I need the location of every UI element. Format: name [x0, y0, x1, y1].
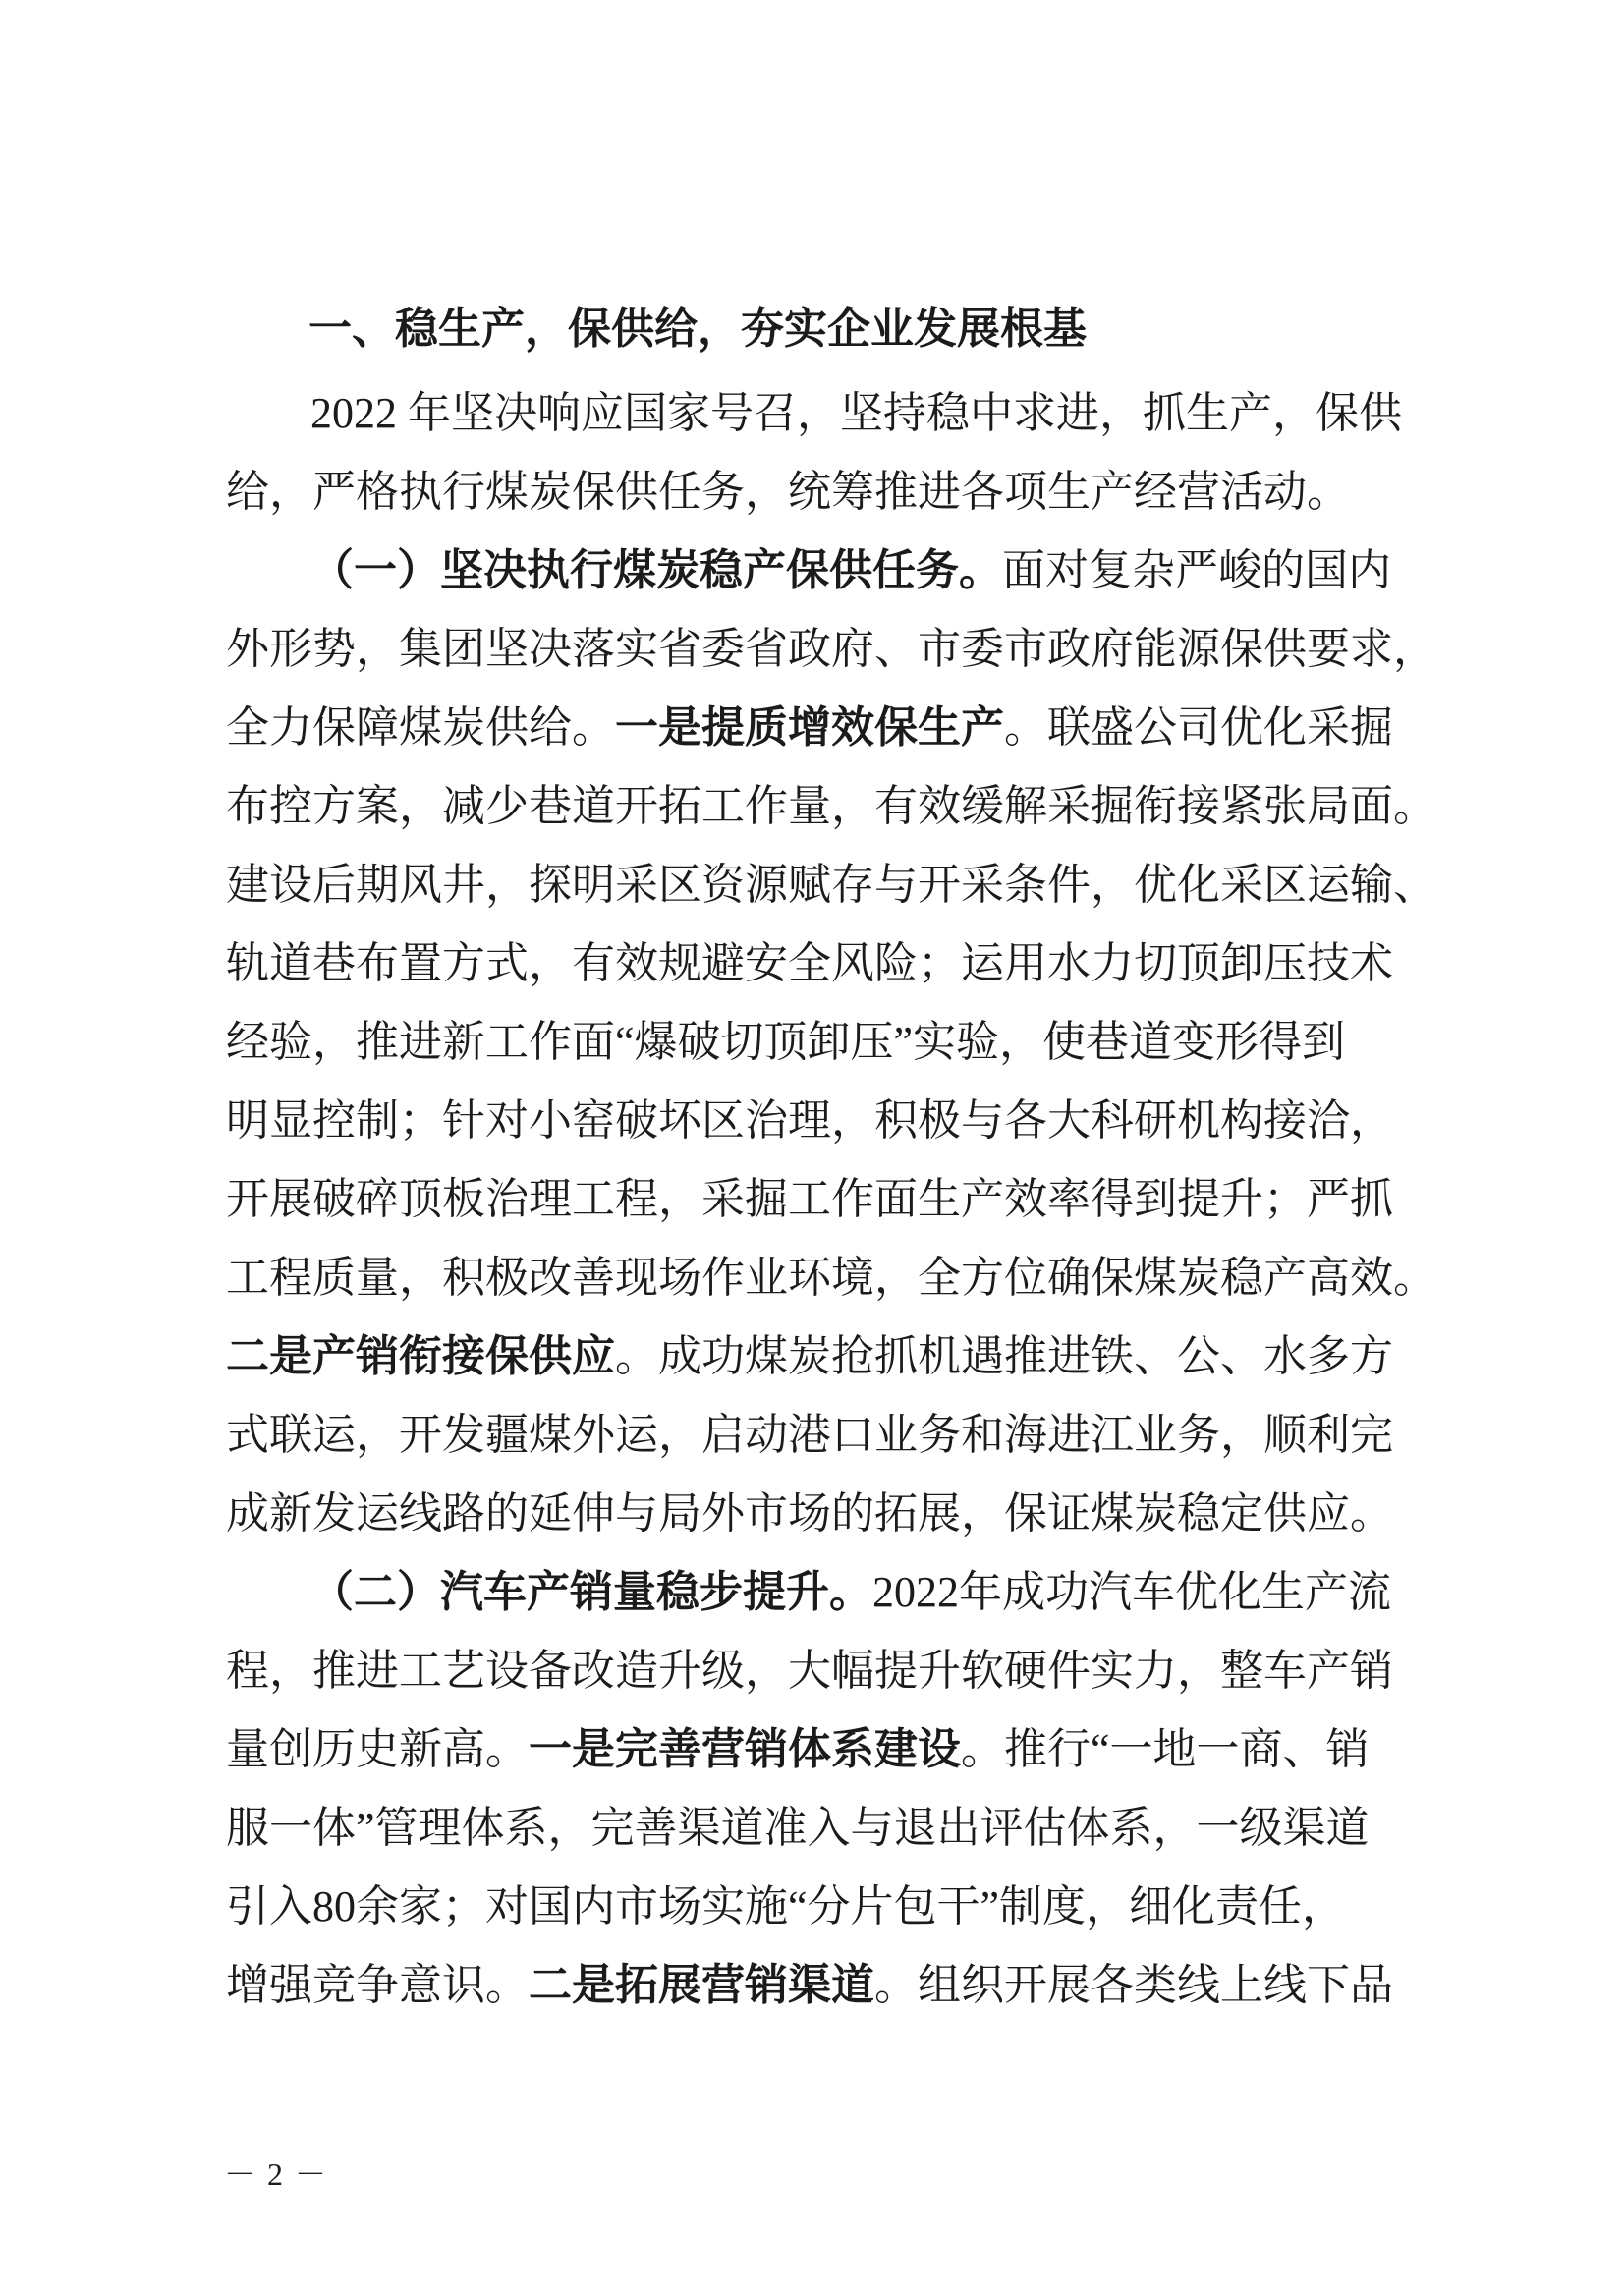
text-line: 全力保障煤炭供给。一是提质增效保生产。联盛公司优化采掘 — [226, 689, 1420, 767]
text-line: 轨道巷布置方式，有效规避安全风险；运用水力切顶卸压技术 — [226, 924, 1420, 1003]
emphasis-segment: 二是产销衔接保供应 — [226, 1332, 615, 1380]
text-segment: 开展破碎顶板治理工程，采掘工作面生产效率得到提升；严抓 — [226, 1175, 1393, 1223]
text-segment: 面对复杂严峻的国内 — [1002, 546, 1391, 594]
text-segment: 式联运，开发疆煤外运，启动港口业务和海进江业务，顺利完 — [226, 1411, 1393, 1459]
text-segment: 轨道巷布置方式，有效规避安全风险；运用水力切顶卸压技术 — [226, 939, 1393, 987]
text-segment: 建设后期风井，探明采区资源赋存与开采条件，优化采区运输、 — [226, 861, 1436, 909]
text-line: 工程质量，积极改善现场作业环境，全方位确保煤炭稳产高效。 — [226, 1239, 1420, 1317]
text-segment: 增强竞争意识。 — [226, 1961, 529, 2009]
text-segment: 程，推进工艺设备改造升级，大幅提升软硬件实力，整车产销 — [226, 1647, 1393, 1695]
emphasis-segment: 二是拓展营销渠道 — [529, 1961, 874, 2009]
text-line: 成新发运线路的延伸与局外市场的拓展，保证煤炭稳定供应。 — [226, 1475, 1420, 1553]
text-line: 式联运，开发疆煤外运，启动港口业务和海进江业务，顺利完 — [226, 1396, 1420, 1475]
emphasis-segment: 一是提质增效保生产 — [615, 703, 1004, 752]
text-segment: 2022年成功汽车优化生产流 — [872, 1568, 1391, 1616]
page-number: － 2 － — [224, 2155, 328, 2194]
subheading-segment: （二）汽车产销量稳步提升。 — [310, 1568, 872, 1616]
text-line: 明显控制；针对小窑破坏区治理，积极与各大科研机构接洽， — [226, 1082, 1420, 1160]
text-segment: 。成功煤炭抢抓机遇推进铁、公、水多方 — [615, 1332, 1393, 1380]
text-segment: 。联盛公司优化采掘 — [1004, 703, 1393, 752]
text-line: 开展破碎顶板治理工程，采掘工作面生产效率得到提升；严抓 — [226, 1160, 1420, 1239]
document-body: 2022 年坚决响应国家号召，坚持稳中求进，抓生产，保供 给，严格执行煤炭保供任… — [226, 374, 1420, 2025]
text-line: 经验，推进新工作面“爆破切顶卸压”实验，使巷道变形得到 — [226, 1003, 1420, 1082]
text-segment: 。组织开展各类线上线下品 — [874, 1961, 1393, 2009]
text-line: 2022 年坚决响应国家号召，坚持稳中求进，抓生产，保供 — [226, 374, 1420, 453]
text-line: 建设后期风井，探明采区资源赋存与开采条件，优化采区运输、 — [226, 846, 1420, 924]
text-segment: 给，严格执行煤炭保供任务，统筹推进各项生产经营活动。 — [226, 468, 1350, 516]
emphasis-segment: 一是完善营销体系建设 — [529, 1725, 961, 1773]
section-heading: 一、稳生产，保供给，夯实企业发展根基 — [226, 299, 1420, 360]
subheading-segment: （一）坚决执行煤炭稳产保供任务。 — [310, 546, 1002, 594]
document-page: 一、稳生产，保供给，夯实企业发展根基 2022 年坚决响应国家号召，坚持稳中求进… — [0, 0, 1624, 2296]
text-segment: 成新发运线路的延伸与局外市场的拓展，保证煤炭稳定供应。 — [226, 1489, 1393, 1538]
text-line: 引入80余家；对国内市场实施“分片包干”制度，细化责任， — [226, 1868, 1420, 1946]
text-line: 二是产销衔接保供应。成功煤炭抢抓机遇推进铁、公、水多方 — [226, 1317, 1420, 1396]
text-segment: 引入80余家；对国内市场实施“分片包干”制度，细化责任， — [226, 1882, 1345, 1931]
text-line: 增强竞争意识。二是拓展营销渠道。组织开展各类线上线下品 — [226, 1946, 1420, 2025]
text-line: 外形势，集团坚决落实省委省政府、市委市政府能源保供要求， — [226, 610, 1420, 689]
text-segment: 2022 年坚决响应国家号召，坚持稳中求进，抓生产，保供 — [310, 389, 1402, 437]
text-segment: 布控方案，减少巷道开拓工作量，有效缓解采掘衔接紧张局面。 — [226, 782, 1436, 830]
text-line: 给，严格执行煤炭保供任务，统筹推进各项生产经营活动。 — [226, 453, 1420, 532]
text-line: 布控方案，减少巷道开拓工作量，有效缓解采掘衔接紧张局面。 — [226, 767, 1420, 846]
text-segment: 经验，推进新工作面“爆破切顶卸压”实验，使巷道变形得到 — [226, 1018, 1345, 1066]
text-line: （一）坚决执行煤炭稳产保供任务。面对复杂严峻的国内 — [226, 532, 1420, 610]
text-segment: 服一体”管理体系，完善渠道准入与退出评估体系，一级渠道 — [226, 1804, 1370, 1852]
text-segment: 量创历史新高。 — [226, 1725, 529, 1773]
text-line: （二）汽车产销量稳步提升。2022年成功汽车优化生产流 — [226, 1553, 1420, 1632]
text-segment: 全力保障煤炭供给。 — [226, 703, 615, 752]
text-line: 服一体”管理体系，完善渠道准入与退出评估体系，一级渠道 — [226, 1789, 1420, 1868]
text-line: 程，推进工艺设备改造升级，大幅提升软硬件实力，整车产销 — [226, 1632, 1420, 1710]
text-segment: 。推行“一地一商、销 — [961, 1725, 1370, 1773]
text-line: 量创历史新高。一是完善营销体系建设。推行“一地一商、销 — [226, 1710, 1420, 1789]
text-segment: 外形势，集团坚决落实省委省政府、市委市政府能源保供要求， — [226, 625, 1436, 673]
text-segment: 工程质量，积极改善现场作业环境，全方位确保煤炭稳产高效。 — [226, 1254, 1436, 1302]
text-segment: 明显控制；针对小窑破坏区治理，积极与各大科研机构接洽， — [226, 1096, 1393, 1145]
